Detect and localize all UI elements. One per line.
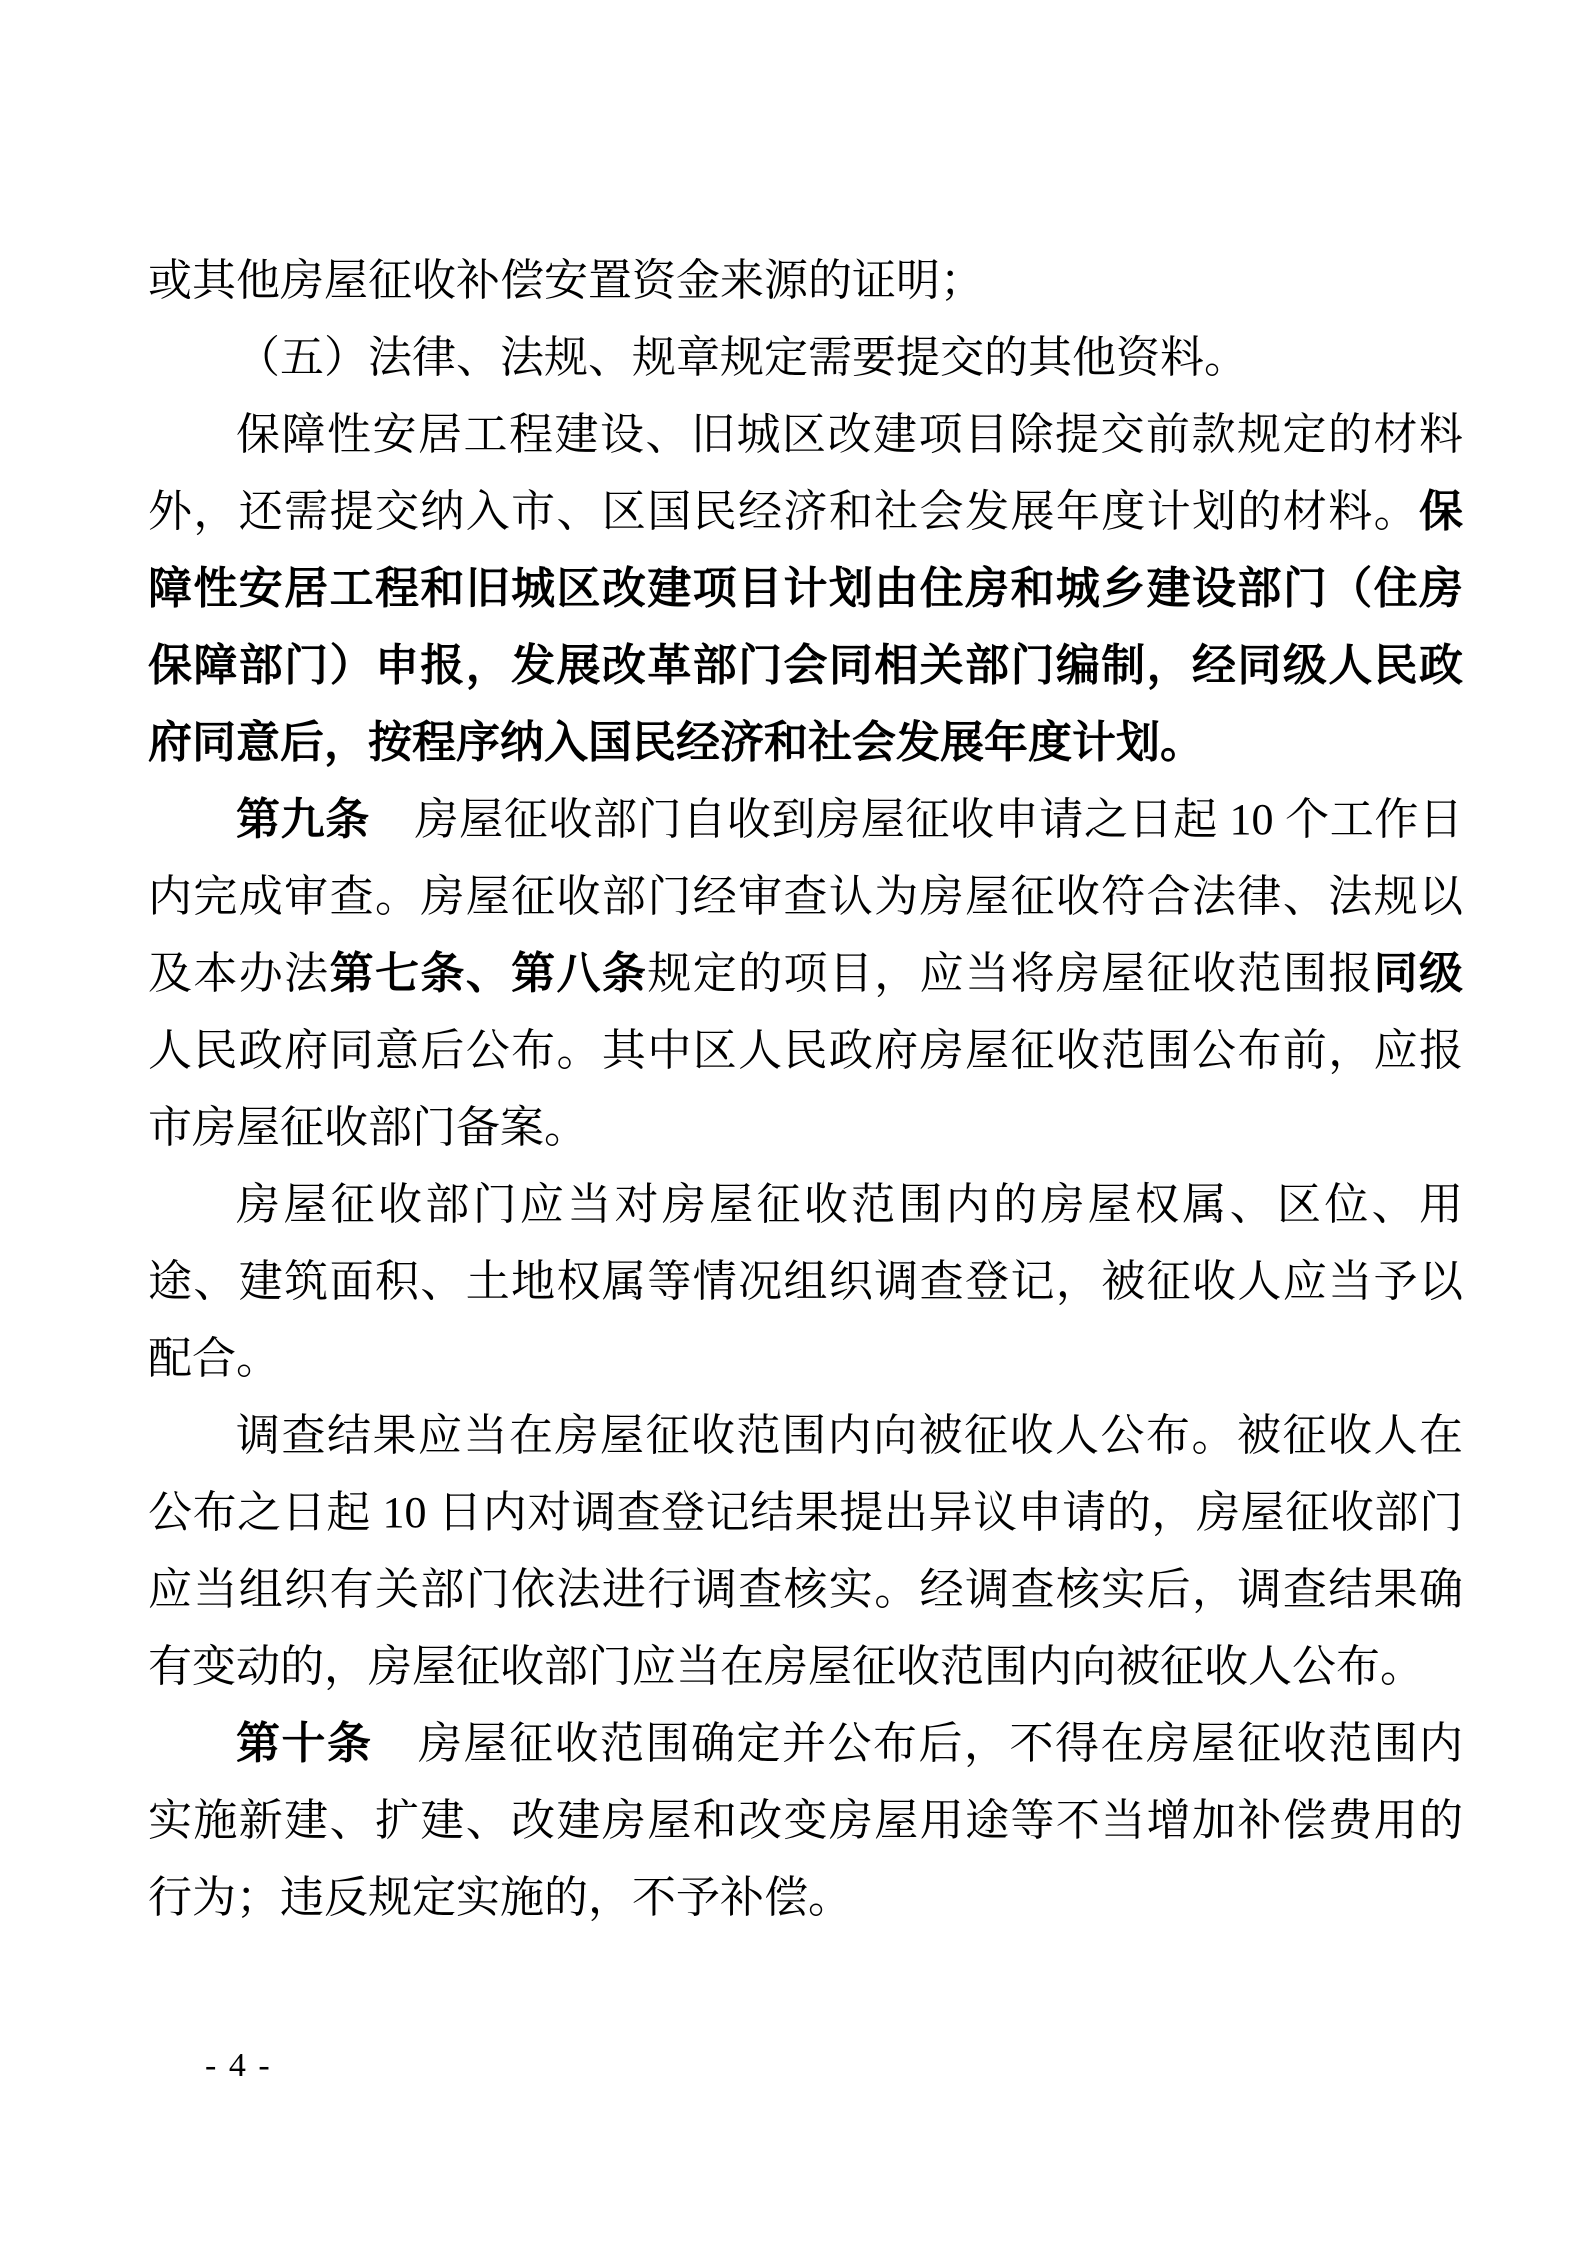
- text-run: 保障性安居工程建设、旧城区改建项目除提交前款规定的材料外，还需提交纳入市、区国民…: [148, 410, 1463, 536]
- paragraph-article-nine: 第九条 房屋征收部门自收到房屋征收申请之日起 10 个工作日内完成审查。房屋征收…: [148, 781, 1463, 1166]
- document-body: 或其他房屋征收补偿安置资金来源的证明； （五）法律、法规、规章规定需要提交的其他…: [148, 242, 1463, 1936]
- text-run: 或其他房屋征收补偿安置资金来源的证明；: [148, 256, 984, 305]
- paragraph-survey-registration: 房屋征收部门应当对房屋征收范围内的房屋权属、区位、用途、建筑面积、土地权属等情况…: [148, 1166, 1463, 1397]
- text-run-bold: 第七条、第八条: [330, 949, 648, 998]
- page-number: - 4 -: [205, 2047, 272, 2084]
- paragraph-item-five: （五）法律、法规、规章规定需要提交的其他资料。: [148, 319, 1463, 396]
- paragraph-continuation: 或其他房屋征收补偿安置资金来源的证明；: [148, 242, 1463, 319]
- text-run-bold: 同级: [1374, 949, 1463, 998]
- paragraph-article-ten: 第十条 房屋征收范围确定并公布后，不得在房屋征收范围内实施新建、扩建、改建房屋和…: [148, 1705, 1463, 1936]
- text-run: 调查结果应当在房屋征收范围内向被征收人公布。被征收人在公布之日起 10 日内对调…: [148, 1411, 1463, 1691]
- paragraph-survey-results: 调查结果应当在房屋征收范围内向被征收人公布。被征收人在公布之日起 10 日内对调…: [148, 1397, 1463, 1705]
- text-run: 人民政府同意后公布。其中区人民政府房屋征收范围公布前，应报市房屋征收部门备案。: [148, 1026, 1463, 1152]
- text-run: （五）法律、法规、规章规定需要提交的其他资料。: [236, 333, 1248, 382]
- text-run: 规定的项目，应当将房屋征收范围报: [647, 949, 1373, 998]
- text-run: 房屋征收部门应当对房屋征收范围内的房屋权属、区位、用途、建筑面积、土地权属等情况…: [148, 1180, 1463, 1383]
- document-page: 或其他房屋征收补偿安置资金来源的证明； （五）法律、法规、规章规定需要提交的其他…: [0, 0, 1587, 2245]
- paragraph-housing-projects: 保障性安居工程建设、旧城区改建项目除提交前款规定的材料外，还需提交纳入市、区国民…: [148, 396, 1463, 781]
- article-ten-heading: 第十条: [236, 1719, 373, 1768]
- article-nine-heading: 第九条: [236, 795, 370, 844]
- page-footer: - 4 -: [205, 2046, 272, 2086]
